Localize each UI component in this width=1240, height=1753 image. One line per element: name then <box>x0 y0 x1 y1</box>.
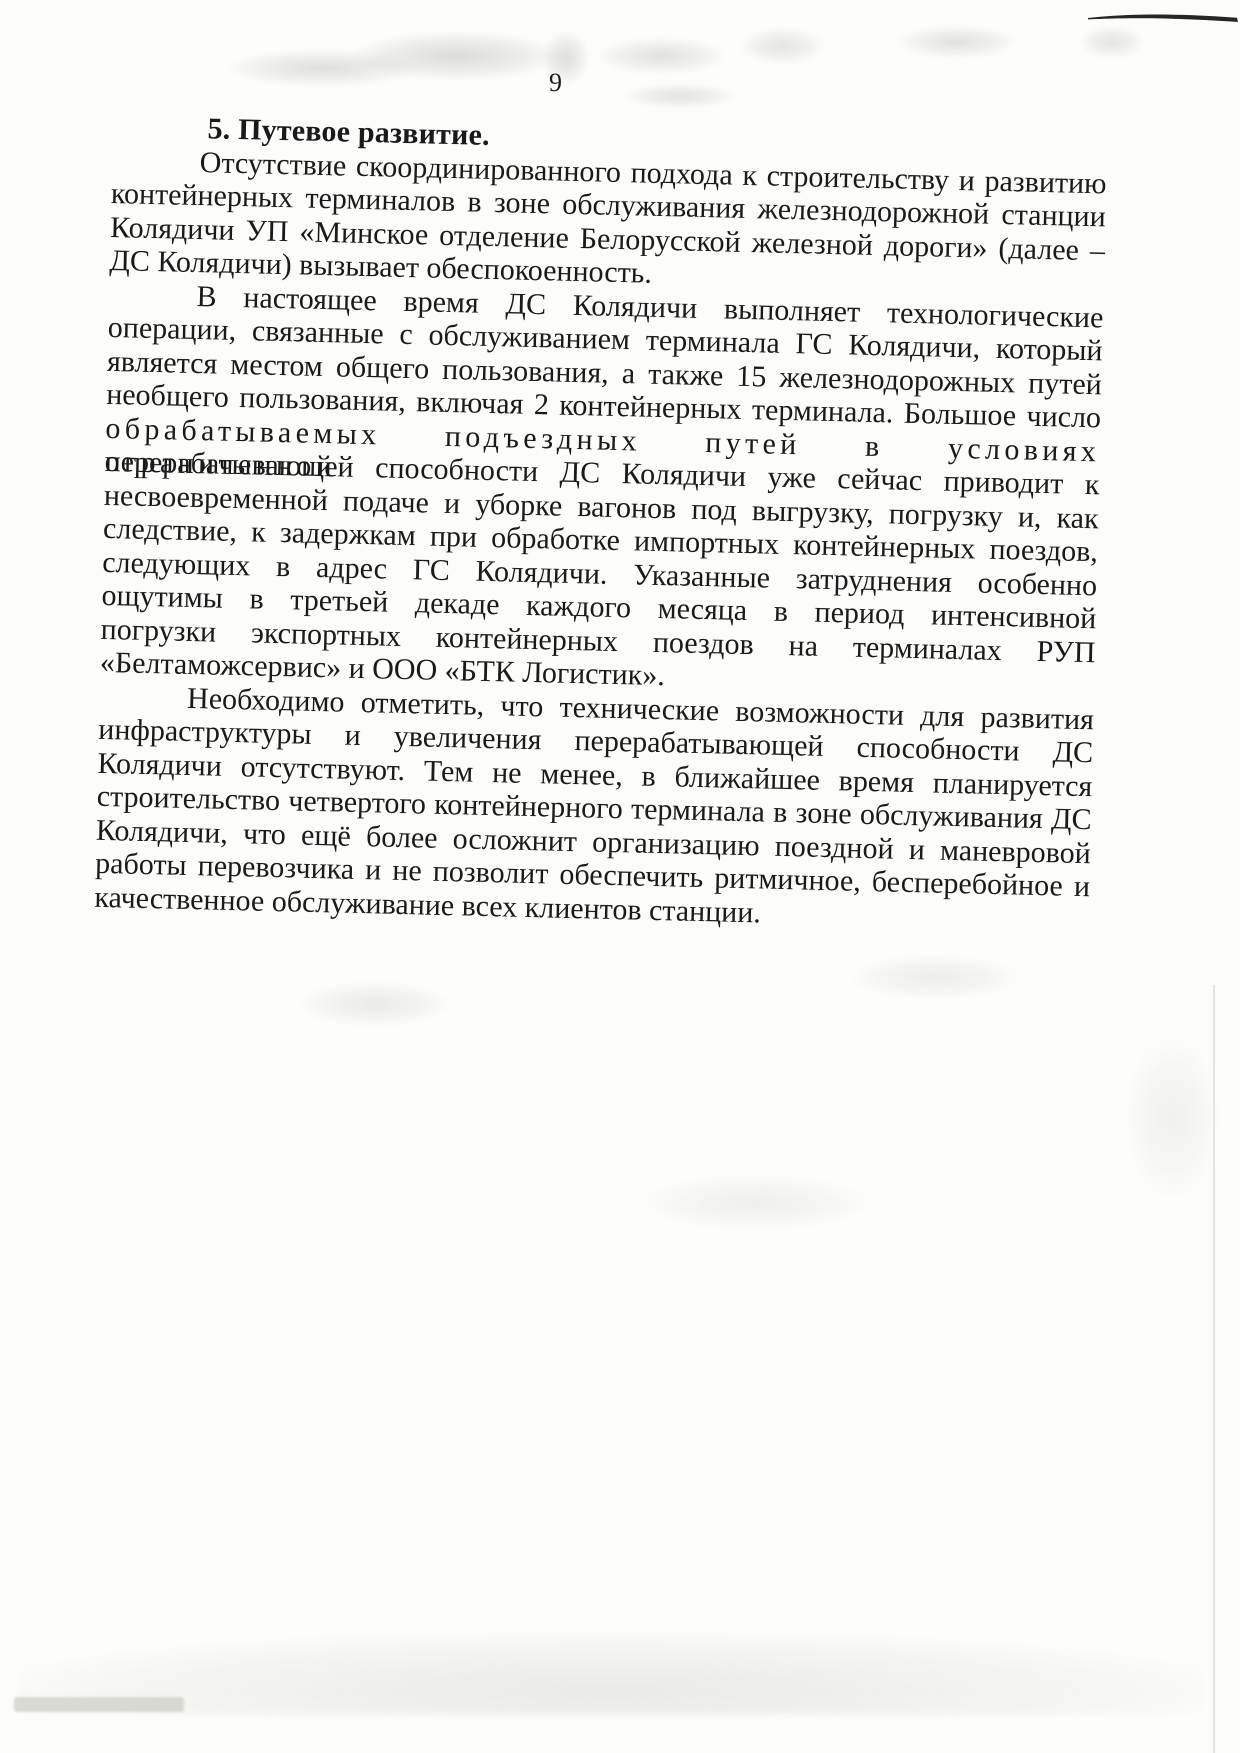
page-number: 9 <box>549 68 562 98</box>
paragraph-3: Необходимо отметить, что технические воз… <box>94 679 1094 937</box>
corner-streak-artifact <box>1088 11 1240 27</box>
scan-smudge <box>850 955 1020 999</box>
scan-smudge <box>352 32 562 80</box>
scan-smudge <box>1125 1035 1220 1200</box>
paragraph-1: Отсутствие скоординированного подхода к … <box>109 143 1107 300</box>
scan-edge-line <box>1213 985 1215 1753</box>
scan-smudge <box>598 38 726 74</box>
scan-smudge <box>626 84 734 108</box>
scan-smudge <box>898 26 1016 58</box>
document-page: 9 5. Путевое развитие. Отсутствие скоорд… <box>0 0 1240 1753</box>
scan-smudge <box>1080 26 1144 58</box>
scan-noise-band <box>18 1635 1203 1715</box>
paragraph-2: В настоящее время ДС Колядичи выполняет … <box>100 277 1104 702</box>
scan-smudge <box>640 1175 870 1230</box>
scan-smudge <box>740 28 824 64</box>
document-content: 5. Путевое развитие. Отсутствие скоордин… <box>94 110 1108 937</box>
paragraphs: Отсутствие скоординированного подхода к … <box>94 143 1107 937</box>
scan-mark <box>14 1697 184 1712</box>
scan-smudge <box>300 982 450 1026</box>
scan-smudge <box>228 50 418 86</box>
